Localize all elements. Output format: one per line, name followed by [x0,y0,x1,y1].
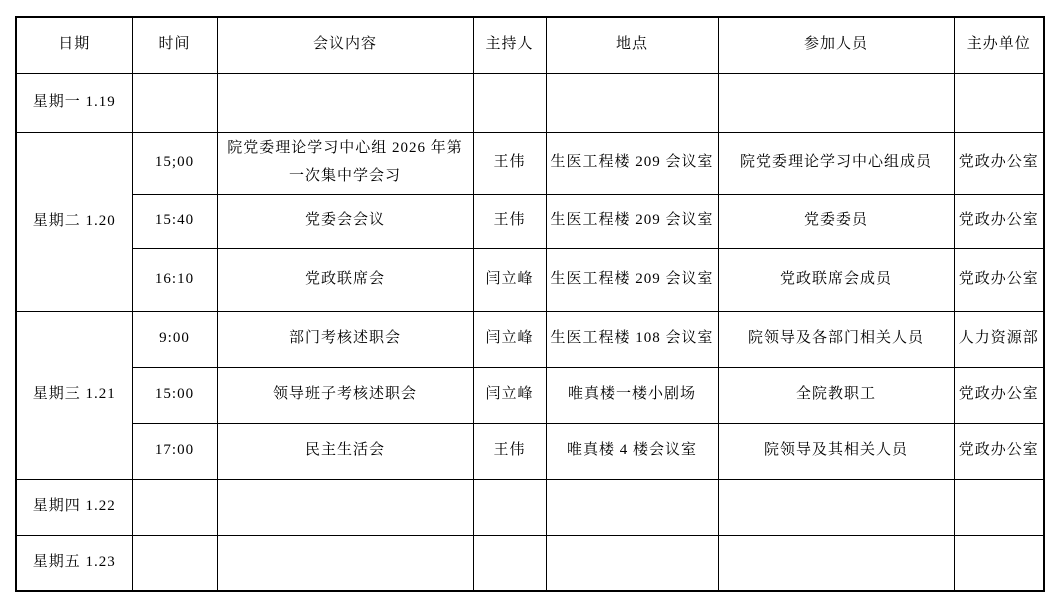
table-row: 15:40 党委会会议 王伟 生医工程楼 209 会议室 党委委员 党政办公室 [16,194,1044,248]
table-header-row: 日期 时间 会议内容 主持人 地点 参加人员 主办单位 [16,17,1044,73]
header-host: 主持人 [473,17,546,73]
header-organizer: 主办单位 [954,17,1044,73]
organizer-cell: 人力资源部 [954,311,1044,367]
location-cell: 生医工程楼 209 会议室 [546,132,718,194]
organizer-cell [954,73,1044,132]
location-cell: 唯真楼 4 楼会议室 [546,423,718,479]
date-cell-monday: 星期一 1.19 [16,73,132,132]
content-cell [217,73,473,132]
host-cell [473,73,546,132]
date-cell-tuesday: 星期二 1.20 [16,132,132,311]
table-row: 星期四 1.22 [16,479,1044,535]
location-cell [546,479,718,535]
table-row: 17:00 民主生活会 王伟 唯真楼 4 楼会议室 院领导及其相关人员 党政办公… [16,423,1044,479]
participants-cell [718,535,954,591]
organizer-cell: 党政办公室 [954,367,1044,423]
meeting-schedule-table: 日期 时间 会议内容 主持人 地点 参加人员 主办单位 星期一 1.19 [15,16,1045,592]
schedule-page: 日期 时间 会议内容 主持人 地点 参加人员 主办单位 星期一 1.19 [0,0,1056,607]
organizer-cell: 党政办公室 [954,132,1044,194]
host-cell: 闫立峰 [473,311,546,367]
location-cell: 生医工程楼 108 会议室 [546,311,718,367]
table-row: 星期二 1.20 15;00 院党委理论学习中心组 2026 年第一次集中学会习… [16,132,1044,194]
host-cell [473,535,546,591]
date-cell-wednesday: 星期三 1.21 [16,311,132,479]
content-cell: 院党委理论学习中心组 2026 年第一次集中学会习 [217,132,473,194]
organizer-cell: 党政办公室 [954,248,1044,311]
time-cell [132,535,217,591]
participants-cell: 院党委理论学习中心组成员 [718,132,954,194]
host-cell: 闫立峰 [473,367,546,423]
time-cell: 16:10 [132,248,217,311]
table-row: 星期五 1.23 [16,535,1044,591]
time-cell: 15;00 [132,132,217,194]
participants-cell: 院领导及其相关人员 [718,423,954,479]
location-cell: 生医工程楼 209 会议室 [546,248,718,311]
participants-cell [718,479,954,535]
date-cell-friday: 星期五 1.23 [16,535,132,591]
content-cell: 领导班子考核述职会 [217,367,473,423]
content-cell: 党委会会议 [217,194,473,248]
location-cell: 生医工程楼 209 会议室 [546,194,718,248]
time-cell: 15:40 [132,194,217,248]
date-cell-thursday: 星期四 1.22 [16,479,132,535]
time-cell: 17:00 [132,423,217,479]
host-cell: 王伟 [473,194,546,248]
host-cell: 王伟 [473,423,546,479]
table-row: 15:00 领导班子考核述职会 闫立峰 唯真楼一楼小剧场 全院教职工 党政办公室 [16,367,1044,423]
content-cell: 民主生活会 [217,423,473,479]
time-cell: 9:00 [132,311,217,367]
participants-cell: 院领导及各部门相关人员 [718,311,954,367]
location-cell [546,73,718,132]
location-cell [546,535,718,591]
content-cell [217,479,473,535]
organizer-cell [954,479,1044,535]
table-row: 星期一 1.19 [16,73,1044,132]
header-content: 会议内容 [217,17,473,73]
host-cell: 闫立峰 [473,248,546,311]
header-participants: 参加人员 [718,17,954,73]
table-row: 星期三 1.21 9:00 部门考核述职会 闫立峰 生医工程楼 108 会议室 … [16,311,1044,367]
organizer-cell: 党政办公室 [954,423,1044,479]
location-cell: 唯真楼一楼小剧场 [546,367,718,423]
header-location: 地点 [546,17,718,73]
header-time: 时间 [132,17,217,73]
content-cell: 部门考核述职会 [217,311,473,367]
header-date: 日期 [16,17,132,73]
organizer-cell [954,535,1044,591]
participants-cell: 全院教职工 [718,367,954,423]
content-cell [217,535,473,591]
time-cell: 15:00 [132,367,217,423]
host-cell: 王伟 [473,132,546,194]
participants-cell: 党政联席会成员 [718,248,954,311]
organizer-cell: 党政办公室 [954,194,1044,248]
host-cell [473,479,546,535]
participants-cell [718,73,954,132]
time-cell [132,479,217,535]
content-cell: 党政联席会 [217,248,473,311]
time-cell [132,73,217,132]
participants-cell: 党委委员 [718,194,954,248]
table-row: 16:10 党政联席会 闫立峰 生医工程楼 209 会议室 党政联席会成员 党政… [16,248,1044,311]
